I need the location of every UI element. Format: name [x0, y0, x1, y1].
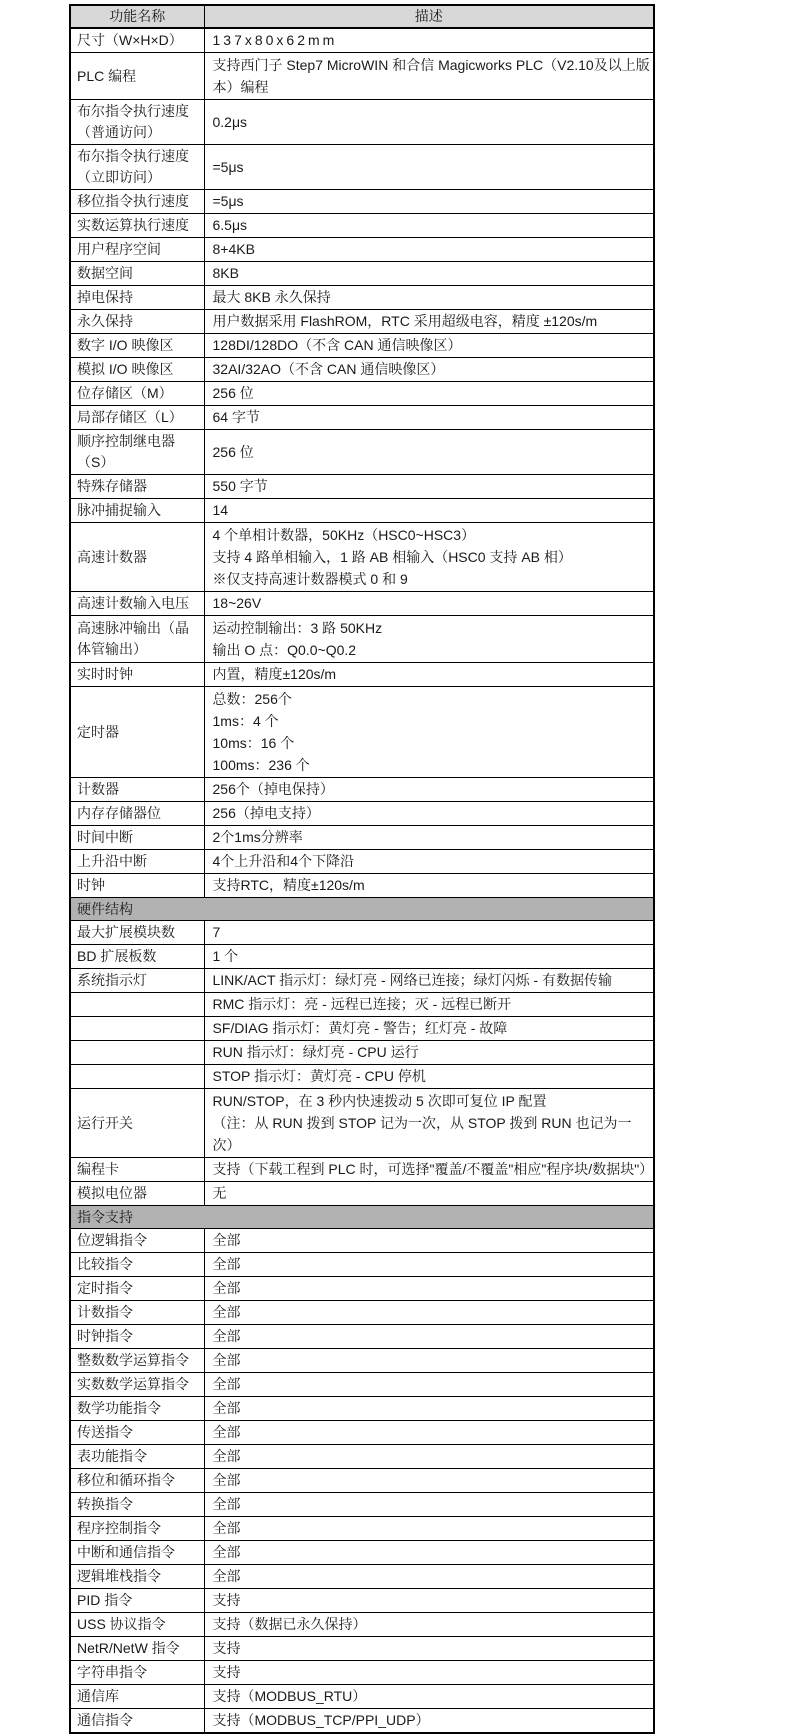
function-name-cell: 位存储区（M）	[70, 382, 204, 406]
description-cell: 256 位	[204, 382, 654, 406]
spec-row: 计数器256个（掉电保持）	[70, 778, 654, 802]
spec-row: 用户程序空间8+4KB	[70, 238, 654, 262]
function-name-cell: 定时指令	[70, 1277, 204, 1301]
function-name-cell	[70, 1017, 204, 1041]
description-line: STOP 指示灯：黄灯亮 - CPU 停机	[213, 1066, 652, 1087]
description-cell: 最大 8KB 永久保持	[204, 286, 654, 310]
description-cell: 128DI/128DO（不含 CAN 通信映像区）	[204, 334, 654, 358]
function-name-cell: 模拟 I/O 映像区	[70, 358, 204, 382]
description-cell: 支持（MODBUS_TCP/PPI_UDP）	[204, 1709, 654, 1734]
description-cell: RUN 指示灯：绿灯亮 - CPU 运行	[204, 1041, 654, 1065]
description-line: 支持（下载工程到 PLC 时，可选择"覆盖/不覆盖"相应"程序块/数据块"）	[213, 1159, 652, 1180]
function-name-cell: 模拟电位器	[70, 1182, 204, 1206]
description-line: 550 字节	[213, 476, 652, 497]
description-cell: 全部	[204, 1541, 654, 1565]
function-name-cell: 程序控制指令	[70, 1517, 204, 1541]
spec-row: 实数运算执行速度6.5μs	[70, 214, 654, 238]
spec-row: 编程卡支持（下载工程到 PLC 时，可选择"覆盖/不覆盖"相应"程序块/数据块"…	[70, 1158, 654, 1182]
description-line: 100ms：236 个	[213, 754, 652, 776]
function-name-cell: 高速脉冲输出（晶体管输出）	[70, 616, 204, 663]
spec-row: 通信库支持（MODBUS_RTU）	[70, 1685, 654, 1709]
description-line: 支持西门子 Step7 MicroWIN 和合信 Magicworks PLC（…	[213, 54, 652, 76]
function-name-cell: 布尔指令执行速度（立即访问）	[70, 145, 204, 190]
description-line: 4 个单相计数器，50KHz（HSC0~HSC3）	[213, 524, 652, 546]
description-line: 全部	[213, 1398, 652, 1419]
function-name-cell: 尺寸（W×H×D）	[70, 28, 204, 53]
description-line: 总数：256个	[213, 688, 652, 710]
description-cell: 全部	[204, 1469, 654, 1493]
spec-row: PLC 编程支持西门子 Step7 MicroWIN 和合信 Magicwork…	[70, 53, 654, 100]
description-cell: 550 字节	[204, 475, 654, 499]
description-line: 全部	[213, 1494, 652, 1515]
function-name-cell: BD 扩展板数	[70, 945, 204, 969]
spec-row: 尺寸（W×H×D）137x80x62mm	[70, 28, 654, 53]
description-cell: 全部	[204, 1277, 654, 1301]
spec-row: 时钟支持RTC，精度±120s/m	[70, 874, 654, 898]
function-name-cell: 计数器	[70, 778, 204, 802]
spec-row: 系统指示灯LINK/ACT 指示灯：绿灯亮 - 网络已连接；绿灯闪烁 - 有数据…	[70, 969, 654, 993]
function-name-cell: 时钟	[70, 874, 204, 898]
function-name-cell	[70, 1065, 204, 1089]
function-name-cell: 通信指令	[70, 1709, 204, 1734]
description-line: 256个（掉电保持）	[213, 779, 652, 800]
function-name-cell: 数字 I/O 映像区	[70, 334, 204, 358]
description-line: 支持 4 路单相输入，1 路 AB 相输入（HSC0 支持 AB 相）	[213, 546, 652, 568]
description-line: 支持	[213, 1662, 652, 1683]
spec-row: STOP 指示灯：黄灯亮 - CPU 停机	[70, 1065, 654, 1089]
spec-row: 传送指令全部	[70, 1421, 654, 1445]
description-line: =5μs	[213, 191, 652, 212]
description-cell: RMC 指示灯：亮 - 远程已连接；灭 - 远程已断开	[204, 993, 654, 1017]
description-line: 全部	[213, 1350, 652, 1371]
description-line: 137x80x62mm	[213, 30, 652, 51]
description-line: 7	[213, 922, 652, 943]
description-line: 1ms：4 个	[213, 710, 652, 732]
description-cell: 8+4KB	[204, 238, 654, 262]
description-cell: 全部	[204, 1517, 654, 1541]
function-name-cell: 数据空间	[70, 262, 204, 286]
description-line: 输出 O 点：Q0.0~Q0.2	[213, 639, 652, 661]
function-name-cell: 传送指令	[70, 1421, 204, 1445]
description-line: SF/DIAG 指示灯：黄灯亮 - 警告；红灯亮 - 故障	[213, 1018, 652, 1039]
description-cell: 2个1ms分辨率	[204, 826, 654, 850]
description-cell: 64 字节	[204, 406, 654, 430]
function-name-cell: 数学功能指令	[70, 1397, 204, 1421]
spec-row: NetR/NetW 指令支持	[70, 1637, 654, 1661]
function-name-cell: 实数运算执行速度	[70, 214, 204, 238]
spec-row: 时间中断2个1ms分辨率	[70, 826, 654, 850]
spec-row: 实时时钟内置，精度±120s/m	[70, 663, 654, 687]
spec-row: 字符串指令支持	[70, 1661, 654, 1685]
description-cell: 支持	[204, 1661, 654, 1685]
description-line: 8KB	[213, 263, 652, 284]
description-line: 0.2μs	[213, 112, 652, 133]
description-line: 14	[213, 500, 652, 521]
description-line: 全部	[213, 1374, 652, 1395]
spec-row: 整数数学运算指令全部	[70, 1349, 654, 1373]
description-cell: =5μs	[204, 190, 654, 214]
description-line: 全部	[213, 1278, 652, 1299]
function-name-cell: 时钟指令	[70, 1325, 204, 1349]
header-function-name: 功能名称	[70, 5, 204, 28]
description-cell: 支持（MODBUS_RTU）	[204, 1685, 654, 1709]
description-cell: 全部	[204, 1373, 654, 1397]
spec-row: RUN 指示灯：绿灯亮 - CPU 运行	[70, 1041, 654, 1065]
function-name-cell: 特殊存储器	[70, 475, 204, 499]
spec-row: 脉冲捕捉输入14	[70, 499, 654, 523]
description-line: 128DI/128DO（不含 CAN 通信映像区）	[213, 335, 652, 356]
function-name-cell: 内存存储器位	[70, 802, 204, 826]
spec-row: 通信指令支持（MODBUS_TCP/PPI_UDP）	[70, 1709, 654, 1734]
function-name-cell: 脉冲捕捉输入	[70, 499, 204, 523]
function-name-cell: 掉电保持	[70, 286, 204, 310]
description-line: ※仅支持高速计数器模式 0 和 9	[213, 568, 652, 590]
function-name-cell: 计数指令	[70, 1301, 204, 1325]
spec-row: 比较指令全部	[70, 1253, 654, 1277]
description-line: （注：从 RUN 拨到 STOP 记为一次，从 STOP 拨到 RUN 也记为一…	[213, 1112, 652, 1156]
function-name-cell: 布尔指令执行速度（普通访问）	[70, 100, 204, 145]
description-cell: 6.5μs	[204, 214, 654, 238]
spec-row: 永久保持用户数据采用 FlashROM，RTC 采用超级电容，精度 ±120s/…	[70, 310, 654, 334]
spec-row: 最大扩展模块数7	[70, 921, 654, 945]
function-name-cell: PLC 编程	[70, 53, 204, 100]
function-name-cell: 字符串指令	[70, 1661, 204, 1685]
description-cell: 全部	[204, 1397, 654, 1421]
description-line: 全部	[213, 1470, 652, 1491]
function-name-cell: 整数数学运算指令	[70, 1349, 204, 1373]
description-line: 全部	[213, 1254, 652, 1275]
function-name-cell	[70, 1041, 204, 1065]
function-name-cell: 运行开关	[70, 1089, 204, 1158]
function-name-cell: 编程卡	[70, 1158, 204, 1182]
description-line: 2个1ms分辨率	[213, 827, 652, 848]
description-line: 最大 8KB 永久保持	[213, 287, 652, 308]
spec-row: 运行开关RUN/STOP，在 3 秒内快速拨动 5 次即可复位 IP 配置（注：…	[70, 1089, 654, 1158]
description-line: 10ms：16 个	[213, 732, 652, 754]
spec-row: 移位指令执行速度=5μs	[70, 190, 654, 214]
description-cell: 14	[204, 499, 654, 523]
description-cell: 支持	[204, 1637, 654, 1661]
spec-row: 位逻辑指令全部	[70, 1229, 654, 1253]
description-cell: 内置，精度±120s/m	[204, 663, 654, 687]
description-line: 支持RTC，精度±120s/m	[213, 875, 652, 896]
description-cell: 全部	[204, 1493, 654, 1517]
spec-row: RMC 指示灯：亮 - 远程已连接；灭 - 远程已断开	[70, 993, 654, 1017]
function-name-cell: 系统指示灯	[70, 969, 204, 993]
description-line: LINK/ACT 指示灯：绿灯亮 - 网络已连接；绿灯闪烁 - 有数据传输	[213, 970, 652, 991]
function-name-cell: 实数数学运算指令	[70, 1373, 204, 1397]
spec-row: 特殊存储器550 字节	[70, 475, 654, 499]
description-line: 本）编程	[213, 76, 652, 98]
function-name-cell: 逻辑堆栈指令	[70, 1565, 204, 1589]
spec-row: 数学功能指令全部	[70, 1397, 654, 1421]
spec-row: 顺序控制继电器（S）256 位	[70, 430, 654, 475]
description-cell: STOP 指示灯：黄灯亮 - CPU 停机	[204, 1065, 654, 1089]
description-cell: 支持（下载工程到 PLC 时，可选择"覆盖/不覆盖"相应"程序块/数据块"）	[204, 1158, 654, 1182]
spec-row: 模拟电位器无	[70, 1182, 654, 1206]
description-cell: 全部	[204, 1565, 654, 1589]
description-cell: 256个（掉电保持）	[204, 778, 654, 802]
description-line: RMC 指示灯：亮 - 远程已连接；灭 - 远程已断开	[213, 994, 652, 1015]
description-line: 全部	[213, 1518, 652, 1539]
spec-row: 中断和通信指令全部	[70, 1541, 654, 1565]
description-cell: 运动控制输出：3 路 50KHz输出 O 点：Q0.0~Q0.2	[204, 616, 654, 663]
description-cell: 256 位	[204, 430, 654, 475]
function-name-cell: 转换指令	[70, 1493, 204, 1517]
function-name-cell: 比较指令	[70, 1253, 204, 1277]
description-line: 全部	[213, 1422, 652, 1443]
function-name-cell	[70, 993, 204, 1017]
description-line: RUN 指示灯：绿灯亮 - CPU 运行	[213, 1042, 652, 1063]
spec-row: 高速计数器4 个单相计数器，50KHz（HSC0~HSC3）支持 4 路单相输入…	[70, 523, 654, 592]
description-cell: 全部	[204, 1301, 654, 1325]
spec-row: 高速计数输入电压18~26V	[70, 592, 654, 616]
spec-row: 数据空间8KB	[70, 262, 654, 286]
description-cell: 无	[204, 1182, 654, 1206]
description-cell: RUN/STOP，在 3 秒内快速拨动 5 次即可复位 IP 配置（注：从 RU…	[204, 1089, 654, 1158]
spec-row: 表功能指令全部	[70, 1445, 654, 1469]
function-name-cell: 定时器	[70, 687, 204, 778]
description-line: 支持（数据已永久保持）	[213, 1614, 652, 1635]
description-line: 全部	[213, 1446, 652, 1467]
function-name-cell: 时间中断	[70, 826, 204, 850]
spec-row: 掉电保持最大 8KB 永久保持	[70, 286, 654, 310]
spec-table-body: 尺寸（W×H×D）137x80x62mmPLC 编程支持西门子 Step7 Mi…	[70, 28, 654, 1733]
spec-row: BD 扩展板数1 个	[70, 945, 654, 969]
description-cell: LINK/ACT 指示灯：绿灯亮 - 网络已连接；绿灯闪烁 - 有数据传输	[204, 969, 654, 993]
description-cell: 1 个	[204, 945, 654, 969]
description-cell: 18~26V	[204, 592, 654, 616]
description-line: 256（掉电支持）	[213, 803, 652, 824]
description-cell: 全部	[204, 1349, 654, 1373]
description-cell: 全部	[204, 1253, 654, 1277]
description-line: 全部	[213, 1230, 652, 1251]
spec-row: 内存存储器位256（掉电支持）	[70, 802, 654, 826]
spec-row: SF/DIAG 指示灯：黄灯亮 - 警告；红灯亮 - 故障	[70, 1017, 654, 1041]
description-line: RUN/STOP，在 3 秒内快速拨动 5 次即可复位 IP 配置	[213, 1090, 652, 1112]
description-line: 全部	[213, 1326, 652, 1347]
description-line: 全部	[213, 1302, 652, 1323]
description-line: 内置，精度±120s/m	[213, 664, 652, 685]
function-name-cell: USS 协议指令	[70, 1613, 204, 1637]
function-name-cell: 表功能指令	[70, 1445, 204, 1469]
section-title: 指令支持	[70, 1206, 654, 1229]
spec-row: 位存储区（M）256 位	[70, 382, 654, 406]
description-cell: 全部	[204, 1421, 654, 1445]
spec-row: 布尔指令执行速度（普通访问）0.2μs	[70, 100, 654, 145]
spec-row: 程序控制指令全部	[70, 1517, 654, 1541]
header-row: 功能名称 描述	[70, 5, 654, 28]
description-line: 用户数据采用 FlashROM，RTC 采用超级电容，精度 ±120s/m	[213, 311, 652, 332]
description-cell: 137x80x62mm	[204, 28, 654, 53]
spec-row: 实数数学运算指令全部	[70, 1373, 654, 1397]
function-name-cell: 局部存储区（L）	[70, 406, 204, 430]
description-line: 支持	[213, 1590, 652, 1611]
function-name-cell: 位逻辑指令	[70, 1229, 204, 1253]
section-row: 硬件结构	[70, 898, 654, 921]
description-cell: =5μs	[204, 145, 654, 190]
description-cell: 全部	[204, 1325, 654, 1349]
description-line: 全部	[213, 1542, 652, 1563]
description-line: 支持（MODBUS_RTU）	[213, 1686, 652, 1707]
spec-row: 数字 I/O 映像区128DI/128DO（不含 CAN 通信映像区）	[70, 334, 654, 358]
description-cell: 用户数据采用 FlashROM，RTC 采用超级电容，精度 ±120s/m	[204, 310, 654, 334]
description-line: 支持	[213, 1638, 652, 1659]
description-line: 256 位	[213, 442, 652, 463]
description-cell: 32AI/32AO（不含 CAN 通信映像区）	[204, 358, 654, 382]
description-cell: 总数：256个1ms：4 个10ms：16 个100ms：236 个	[204, 687, 654, 778]
description-cell: 8KB	[204, 262, 654, 286]
description-line: 256 位	[213, 383, 652, 404]
description-line: 支持（MODBUS_TCP/PPI_UDP）	[213, 1710, 652, 1731]
function-name-cell: 通信库	[70, 1685, 204, 1709]
description-cell: 支持（数据已永久保持）	[204, 1613, 654, 1637]
function-name-cell: 永久保持	[70, 310, 204, 334]
description-cell: 支持RTC，精度±120s/m	[204, 874, 654, 898]
function-name-cell: 高速计数输入电压	[70, 592, 204, 616]
document-page: 功能名称 描述 尺寸（W×H×D）137x80x62mmPLC 编程支持西门子 …	[0, 0, 806, 1609]
description-cell: 支持西门子 Step7 MicroWIN 和合信 Magicworks PLC（…	[204, 53, 654, 100]
function-name-cell: 中断和通信指令	[70, 1541, 204, 1565]
spec-row: 移位和循环指令全部	[70, 1469, 654, 1493]
description-line: 64 字节	[213, 407, 652, 428]
section-title: 硬件结构	[70, 898, 654, 921]
function-name-cell: 上升沿中断	[70, 850, 204, 874]
function-name-cell: 高速计数器	[70, 523, 204, 592]
spec-row: 模拟 I/O 映像区32AI/32AO（不含 CAN 通信映像区）	[70, 358, 654, 382]
spec-row: 定时指令全部	[70, 1277, 654, 1301]
description-line: 运动控制输出：3 路 50KHz	[213, 617, 652, 639]
description-line: 1 个	[213, 946, 652, 967]
spec-row: 逻辑堆栈指令全部	[70, 1565, 654, 1589]
plc-spec-table: 功能名称 描述 尺寸（W×H×D）137x80x62mmPLC 编程支持西门子 …	[69, 4, 655, 1734]
description-cell: 256（掉电支持）	[204, 802, 654, 826]
description-cell: 全部	[204, 1445, 654, 1469]
description-cell: 4 个单相计数器，50KHz（HSC0~HSC3）支持 4 路单相输入，1 路 …	[204, 523, 654, 592]
function-name-cell: 实时时钟	[70, 663, 204, 687]
description-cell: 7	[204, 921, 654, 945]
description-line: 全部	[213, 1566, 652, 1587]
description-line: 18~26V	[213, 593, 652, 614]
description-line: 4个上升沿和4个下降沿	[213, 851, 652, 872]
header-description: 描述	[204, 5, 654, 28]
description-cell: 0.2μs	[204, 100, 654, 145]
function-name-cell: 顺序控制继电器（S）	[70, 430, 204, 475]
spec-row: 高速脉冲输出（晶体管输出）运动控制输出：3 路 50KHz输出 O 点：Q0.0…	[70, 616, 654, 663]
spec-row: 时钟指令全部	[70, 1325, 654, 1349]
description-line: 无	[213, 1183, 652, 1204]
section-row: 指令支持	[70, 1206, 654, 1229]
function-name-cell: 移位和循环指令	[70, 1469, 204, 1493]
description-cell: SF/DIAG 指示灯：黄灯亮 - 警告；红灯亮 - 故障	[204, 1017, 654, 1041]
spec-row: 局部存储区（L）64 字节	[70, 406, 654, 430]
description-line: 8+4KB	[213, 239, 652, 260]
function-name-cell: 移位指令执行速度	[70, 190, 204, 214]
description-cell: 4个上升沿和4个下降沿	[204, 850, 654, 874]
function-name-cell: 最大扩展模块数	[70, 921, 204, 945]
spec-row: 计数指令全部	[70, 1301, 654, 1325]
spec-row: USS 协议指令支持（数据已永久保持）	[70, 1613, 654, 1637]
description-cell: 全部	[204, 1229, 654, 1253]
description-line: =5μs	[213, 157, 652, 178]
function-name-cell: 用户程序空间	[70, 238, 204, 262]
description-line: 6.5μs	[213, 215, 652, 236]
description-line: 32AI/32AO（不含 CAN 通信映像区）	[213, 359, 652, 380]
spec-row: 布尔指令执行速度（立即访问）=5μs	[70, 145, 654, 190]
function-name-cell: NetR/NetW 指令	[70, 1637, 204, 1661]
spec-row: 定时器总数：256个1ms：4 个10ms：16 个100ms：236 个	[70, 687, 654, 778]
spec-row: 转换指令全部	[70, 1493, 654, 1517]
spec-row: 上升沿中断4个上升沿和4个下降沿	[70, 850, 654, 874]
